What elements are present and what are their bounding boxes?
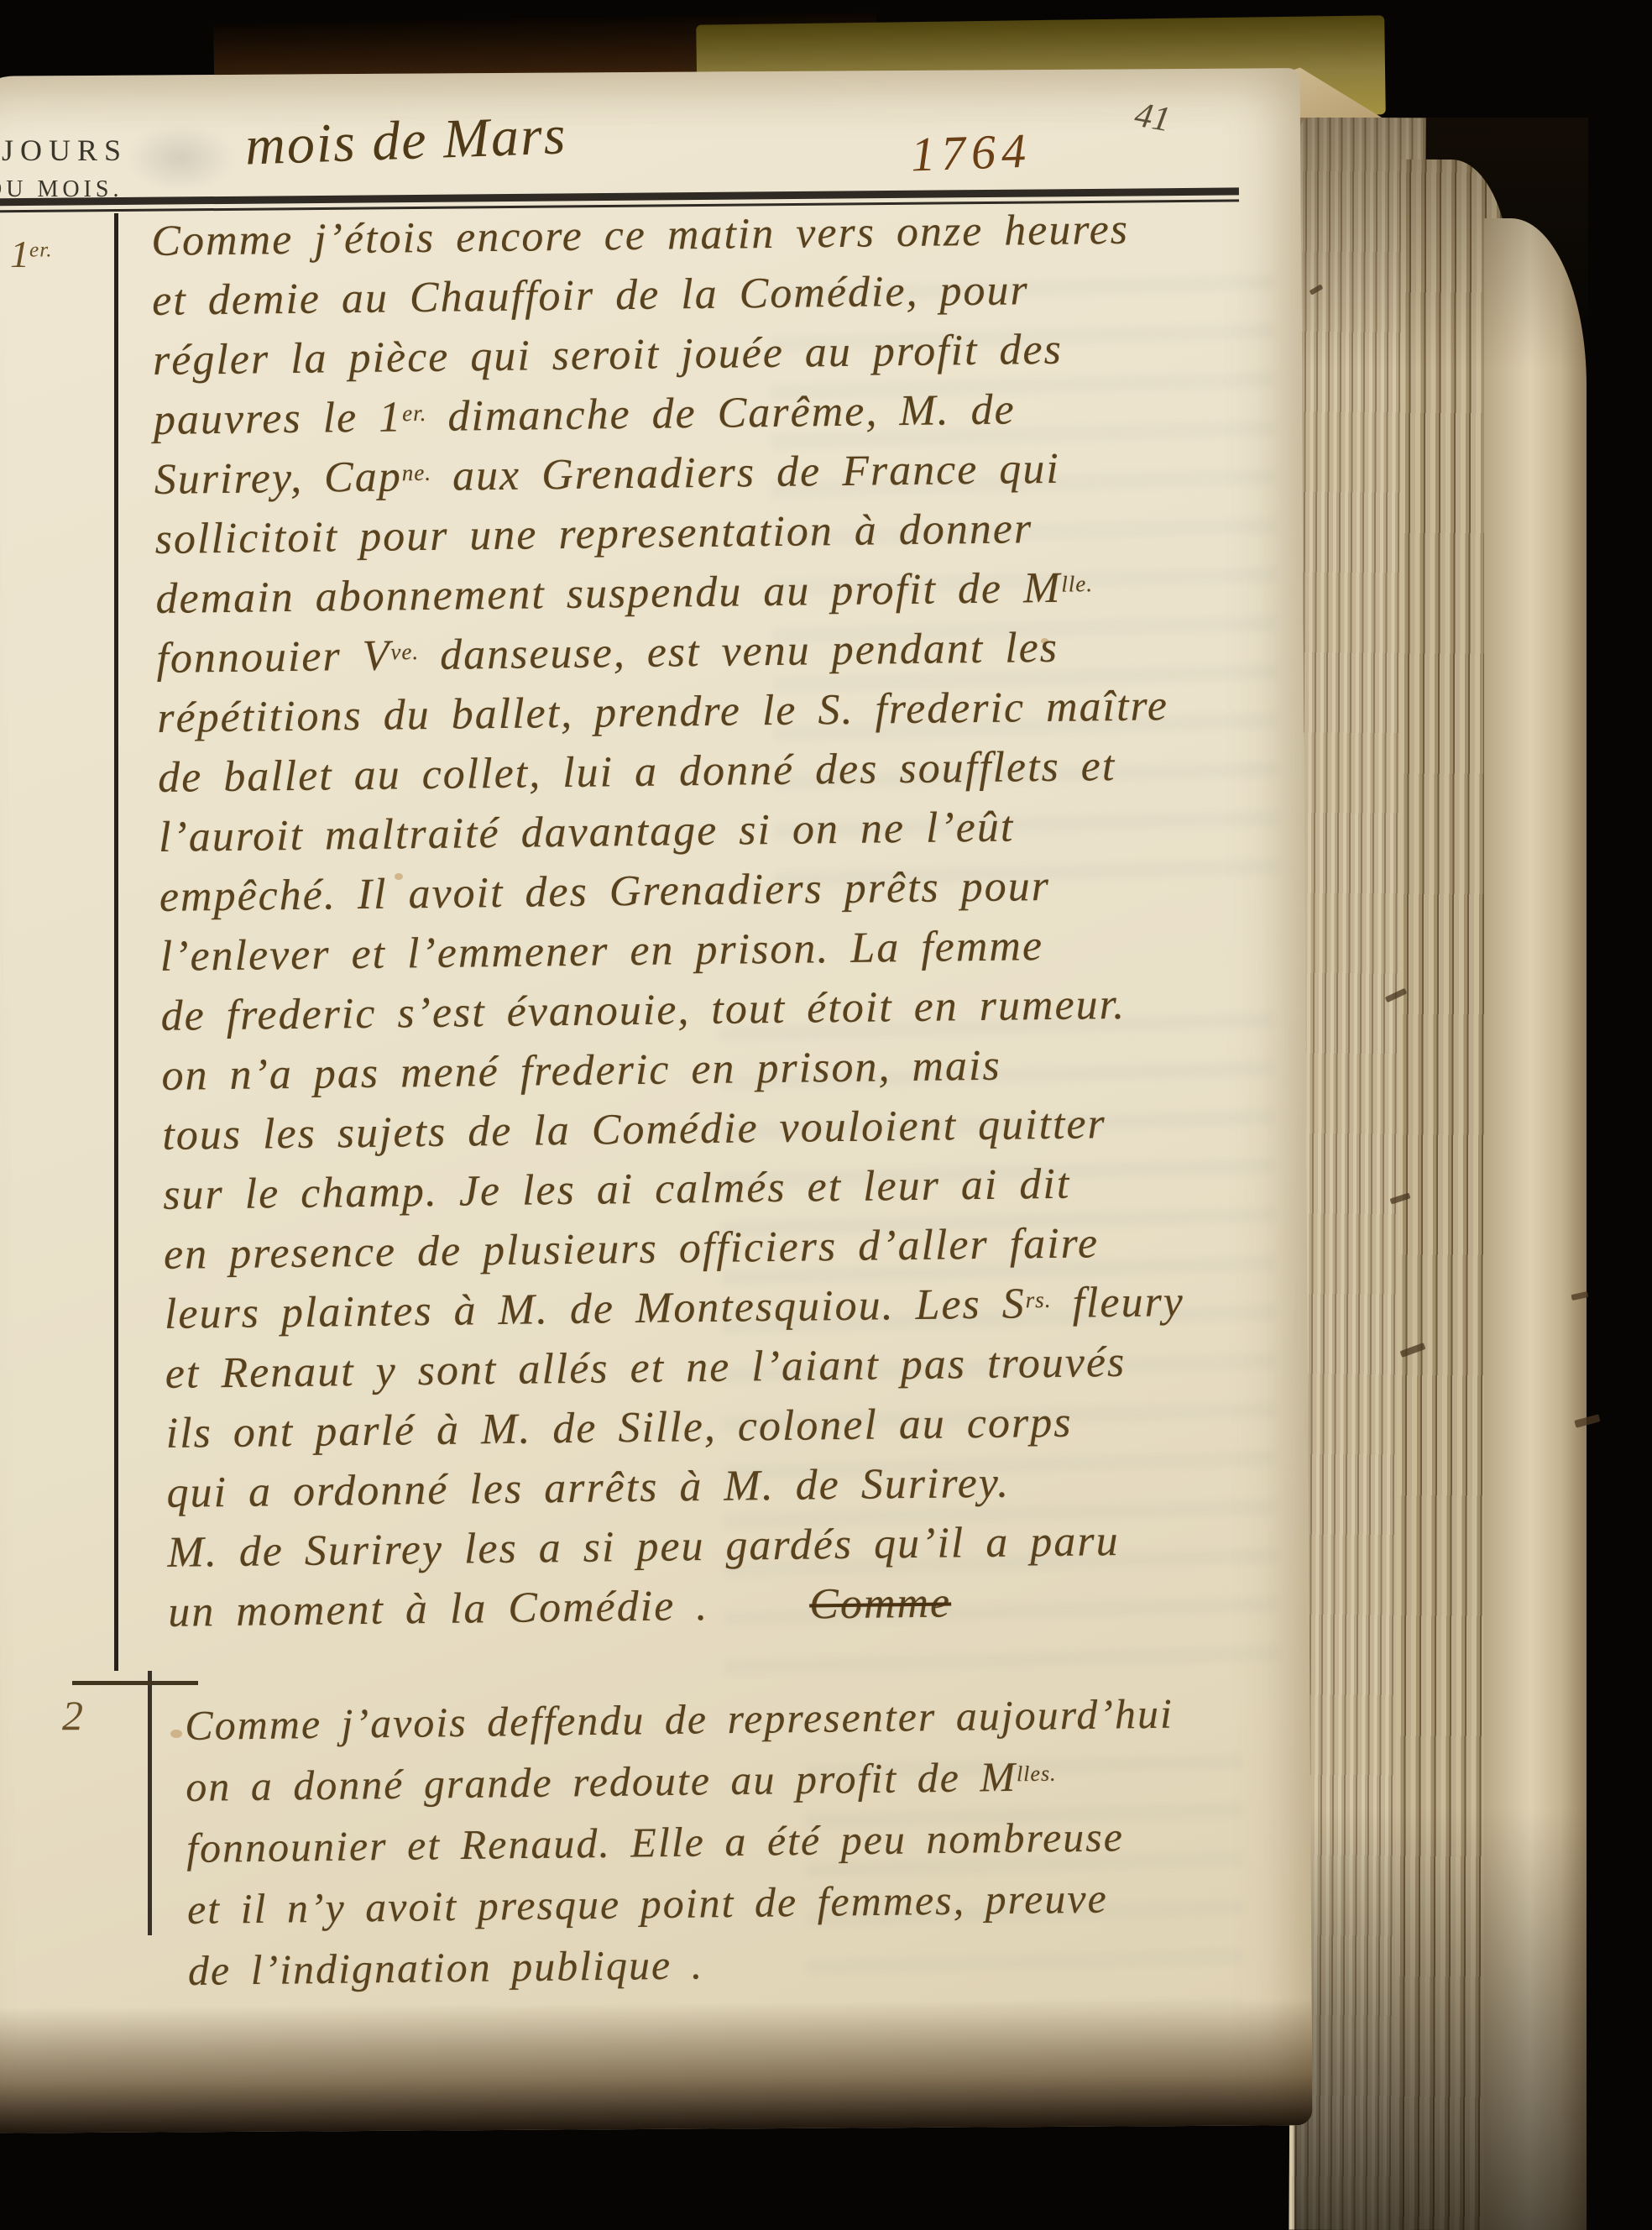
line-segment: répétitions du ballet, prendre le S. fre… — [157, 682, 1168, 742]
journal-page-scan: JOURS DU MOIS. mois de Mars 1764 41 1er.… — [0, 0, 1652, 2230]
line-segment: et demie au Chauffoir de la Comédie, pou… — [152, 266, 1029, 325]
line-segment: fleury — [1051, 1278, 1184, 1327]
line-segment: Comme j’étois encore ce matin vers onze … — [151, 206, 1129, 265]
line-segment: régler la pièce qui seroit jouée au prof… — [153, 326, 1063, 385]
line-segment: un moment à la Comédie . — [168, 1582, 709, 1636]
line-segment: rs. — [1025, 1287, 1051, 1312]
book-fore-edge-outer-leaf — [1484, 218, 1587, 2230]
line-segment: lle. — [1061, 571, 1093, 596]
line-segment: on n’a pas mené frederic en prison, mais — [161, 1042, 1001, 1100]
day-number: 2 — [62, 1692, 83, 1739]
printed-jours-label: JOURS — [2, 133, 128, 168]
year: 1764 — [910, 123, 1032, 183]
struck-word: Comme — [809, 1578, 952, 1628]
foxing-spot — [170, 1730, 182, 1738]
line-segment: de ballet au collet, lui a donné des sou… — [158, 742, 1116, 802]
line-segment: de frederic s’est évanouie, tout étoit e… — [160, 981, 1126, 1040]
line-segment: leurs plaintes à M. de Montesquiou. Les … — [165, 1280, 1026, 1338]
line-segment: l’enlever et l’emmener en prison. La fem… — [159, 922, 1043, 981]
line-segment: on a donné grande redoute au profit de M — [186, 1753, 1017, 1810]
entry-2-text: Comme j’avois deffendu de representer au… — [185, 1687, 1330, 2008]
line-segment: sollicitoit pour une representation à do… — [154, 505, 1032, 563]
line-segment: Comme j’avois deffendu de representer au… — [185, 1690, 1174, 1749]
line-segment: l’auroit maltraité davantage si on ne l’… — [159, 803, 1015, 861]
page-number: 41 — [1132, 95, 1174, 141]
line-segment: empêché. Il avoit des Grenadiers prêts p… — [159, 862, 1051, 921]
line-segment: Surirey, Cap — [154, 453, 402, 504]
day-column-rule-entry2 — [148, 1671, 152, 1935]
line-segment: fonnounier et Renaud. Elle a été peu nom… — [186, 1813, 1124, 1871]
line-segment: pauvres le 1 — [154, 393, 403, 444]
entry-day-label-1: 1er. — [10, 232, 53, 276]
day-column-rule — [114, 213, 118, 1671]
line-segment: qui a ordonné les arrêts à M. de Surirey… — [166, 1459, 1010, 1517]
line-segment: aux Grenadiers de France qui — [431, 445, 1060, 500]
line-segment: lles. — [1017, 1761, 1057, 1787]
month-title: mois de Mars — [244, 103, 568, 178]
day-ordinal-suffix: er. — [29, 238, 53, 261]
line-segment: et il n’y avoit presque point de femmes,… — [187, 1875, 1108, 1933]
line-segment: M. de Surirey les a si peu gardés qu’il … — [167, 1517, 1120, 1577]
day-number: 1 — [10, 233, 29, 275]
line-segment: ne. — [402, 460, 432, 485]
entry-day-label-2: 2 — [62, 1691, 83, 1740]
line-segment: sur le champ. Je les ai calmés et leur a… — [163, 1160, 1071, 1219]
line-segment: et Renaut y sont allés et ne l’aiant pas… — [165, 1338, 1126, 1398]
line-segment: dimanche de Carême, M. de — [426, 385, 1016, 441]
entry2-separator-tick — [72, 1681, 198, 1685]
line-segment: ve. — [390, 639, 419, 664]
line-segment: danseuse, est venu pendant les — [419, 624, 1059, 679]
line-segment: ils ont parlé à M. de Sille, colonel au … — [165, 1399, 1072, 1458]
line-segment: fonnouier V — [156, 632, 391, 683]
line-segment: tous les sujets de la Comédie vouloient … — [162, 1100, 1106, 1159]
line-segment: en presence de plusieurs officiers d’all… — [164, 1219, 1100, 1279]
entry-1-text: Comme j’étois encore ce matin vers onze … — [151, 202, 1344, 1647]
line-segment: demain abonnement suspendu au profit de … — [155, 564, 1061, 623]
line-segment: de l’indignation publique . — [188, 1940, 704, 1994]
line-segment: er. — [402, 400, 427, 426]
